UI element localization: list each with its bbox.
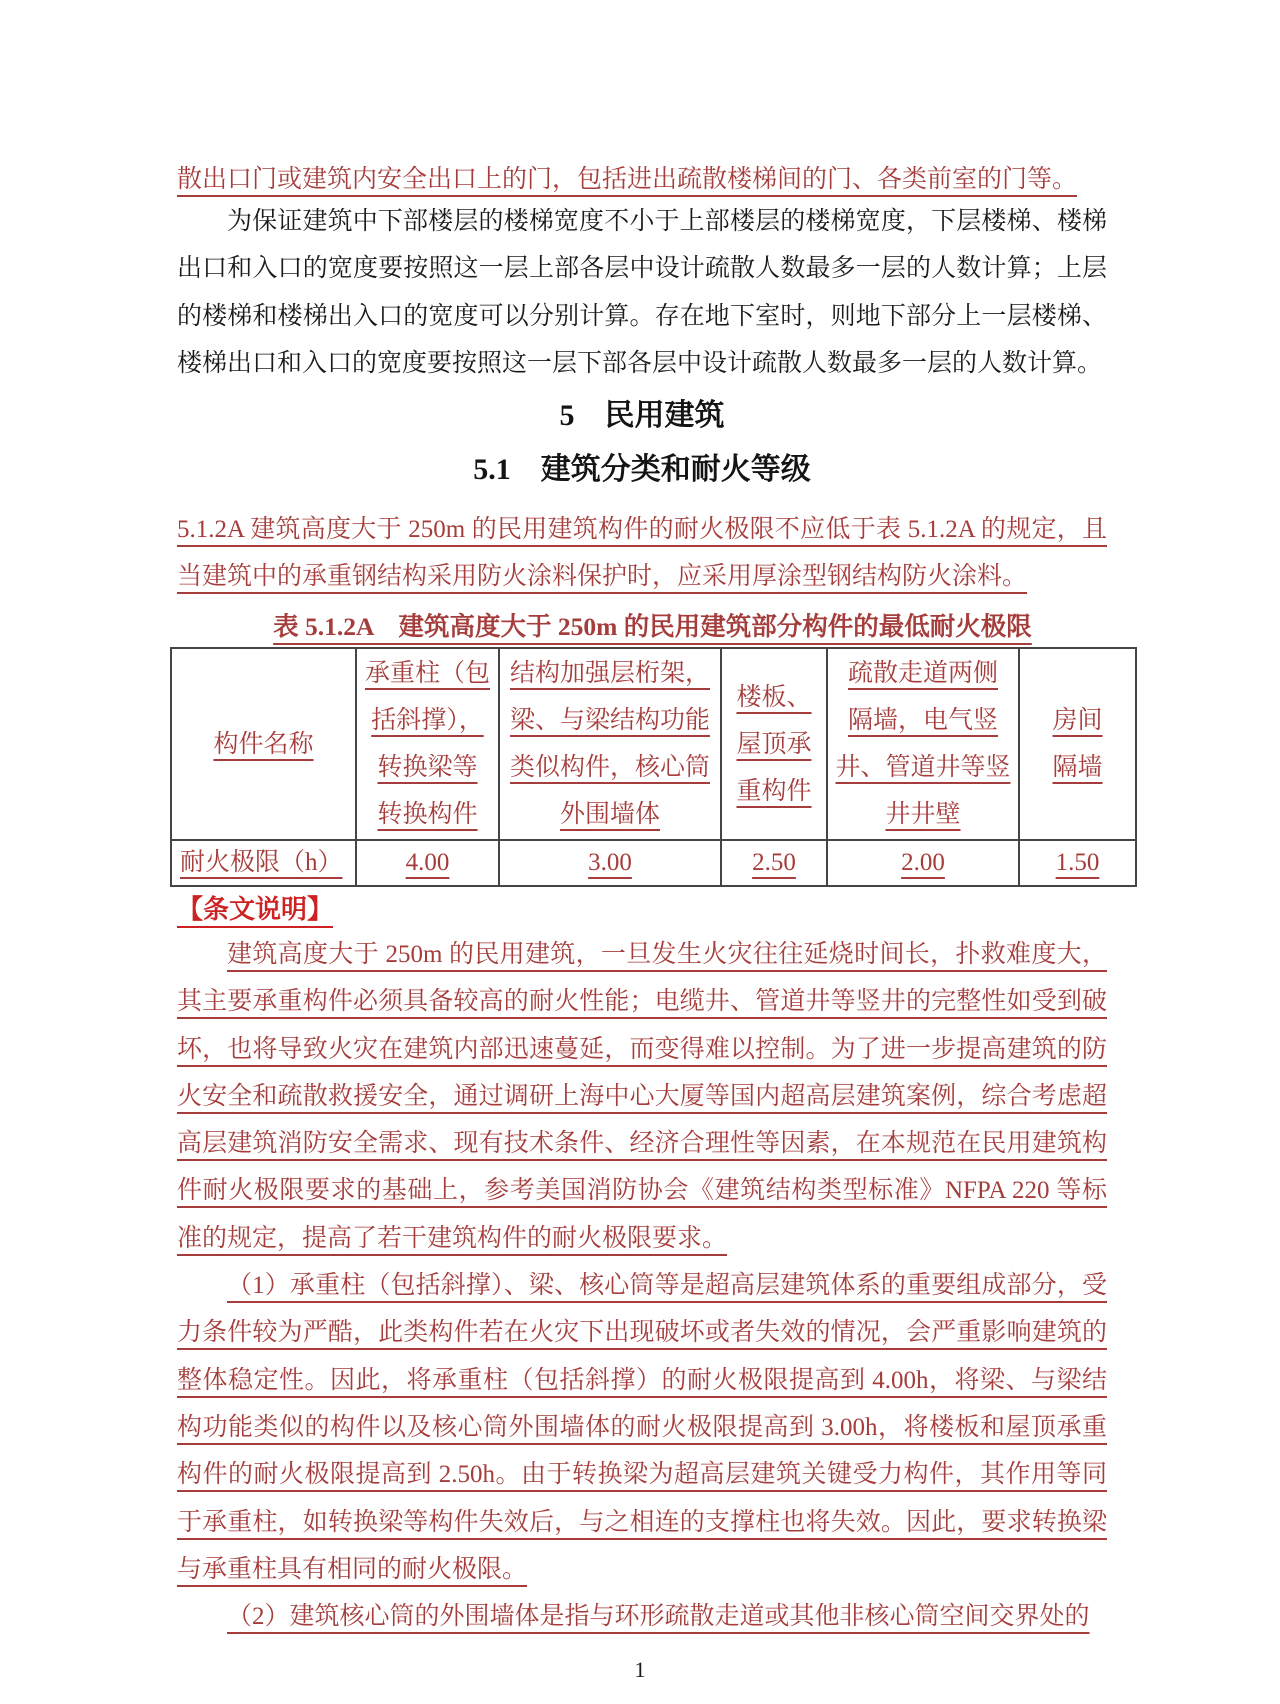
table-data-row: 耐火极限（h） 4.00 3.00 2.50 2.00 1.50 bbox=[171, 840, 1136, 886]
header-cell-corridor-wall: 疏散走道两侧 隔墙，电气竖 井、管道井等竖 井井壁 bbox=[827, 648, 1019, 840]
clause-5-1-2A: 5.1.2A 建筑高度大于 250m 的民用建筑构件的耐火极限不应低于表 5.1… bbox=[177, 506, 1107, 601]
document-page: 散出口门或建筑内安全出口上的门，包括进出疏散楼梯间的门、各类前室的门等。 为保证… bbox=[0, 0, 1280, 1704]
value-bearing-column: 4.00 bbox=[356, 840, 499, 886]
section-heading: 5.1 建筑分类和耐火等级 bbox=[177, 446, 1107, 493]
header-cell-truss: 结构加强层桁架， 梁、与梁结构功能 类似构件，核心筒 外围墙体 bbox=[499, 648, 721, 840]
header-cell-component-name: 构件名称 bbox=[171, 648, 356, 840]
continuation-line: 散出口门或建筑内安全出口上的门，包括进出疏散楼梯间的门、各类前室的门等。 bbox=[177, 156, 1107, 203]
value-truss: 3.00 bbox=[499, 840, 721, 886]
commentary-paragraph-2: （1）承重柱（包括斜撑）、梁、核心筒等是超高层建筑体系的重要组成部分，受力条件较… bbox=[177, 1262, 1107, 1593]
value-corridor-wall: 2.00 bbox=[827, 840, 1019, 886]
table-title: 表 5.1.2A 建筑高度大于 250m 的民用建筑部分构件的最低耐火极限 bbox=[170, 607, 1135, 647]
commentary-body: 建筑高度大于 250m 的民用建筑，一旦发生火灾往往延烧时间长，扑救难度大，其主… bbox=[177, 931, 1107, 1640]
commentary-paragraph-1: 建筑高度大于 250m 的民用建筑，一旦发生火灾往往延烧时间长，扑救难度大，其主… bbox=[177, 931, 1107, 1262]
header-cell-room-partition: 房间 隔墙 bbox=[1019, 648, 1136, 840]
page-number: 1 bbox=[0, 1655, 1280, 1685]
header-cell-bearing-column: 承重柱（包 括斜撑）， 转换梁等 转换构件 bbox=[356, 648, 499, 840]
commentary-label: 【条文说明】 bbox=[177, 888, 333, 932]
chapter-heading: 5 民用建筑 bbox=[177, 392, 1107, 439]
value-floor-roof: 2.50 bbox=[721, 840, 827, 886]
value-room-partition: 1.50 bbox=[1019, 840, 1136, 886]
table-header-row: 构件名称 承重柱（包 括斜撑）， 转换梁等 转换构件 结构加强层桁架， 梁、与梁… bbox=[171, 648, 1136, 840]
paragraph-stair-width: 为保证建筑中下部楼层的楼梯宽度不小于上部楼层的楼梯宽度，下层楼梯、楼梯出口和入口… bbox=[177, 198, 1107, 387]
commentary-paragraph-3: （2）建筑核心筒的外围墙体是指与环形疏散走道或其他非核心筒空间交界处的 bbox=[177, 1593, 1107, 1640]
row-label-fire-limit: 耐火极限（h） bbox=[171, 840, 356, 886]
fire-resistance-table: 构件名称 承重柱（包 括斜撑）， 转换梁等 转换构件 结构加强层桁架， 梁、与梁… bbox=[170, 647, 1137, 887]
header-cell-floor-roof: 楼板、 屋顶承 重构件 bbox=[721, 648, 827, 840]
